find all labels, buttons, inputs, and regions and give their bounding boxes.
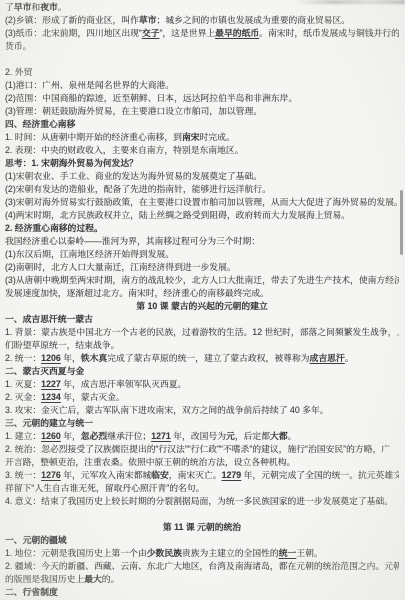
doc-line: 们盼望草原统一，结束战争。: [5, 339, 399, 352]
text-segment: 我国经济重心以秦岭——淮河为界，其南移过程可分为三个时期：: [5, 236, 260, 246]
text-segment: 们盼望草原统一，结束战争。: [5, 340, 119, 350]
doc-line: 开言路，整顿吏治，注重农桑。依照中原王朝的统治方法，设立各种机构。: [5, 456, 399, 469]
text-segment: 发展速度加快，逐渐超过北方。南宋时，经济重心的南移最终完成。: [5, 288, 269, 298]
document-body: 了早市和夜市。(2)乡镇：形成了新的商业区，叫作草市；城乡之间的市镇也发展成为重…: [5, 1, 399, 599]
doc-line: 一、成吉思汗统一蒙古: [5, 313, 399, 326]
text-segment: (1)宋朝农业、手工业、商业的发达为海外贸易的发展奠定了基础。: [5, 171, 262, 181]
text-segment: 大都: [270, 431, 288, 441]
doc-line: 一、元朝的疆域: [5, 534, 399, 547]
text-segment: (2)南朝时，北方人口大量南迁，江南经济得到进一步发展。: [5, 262, 236, 272]
text-segment: 元: [226, 431, 235, 441]
text-segment: 草市: [139, 15, 157, 25]
text-segment: 年，元军攻入南宋都城: [61, 470, 151, 480]
text-segment: 1. 背景：蒙古族是中国北方一个古老的民族，过着游牧的生活。12 世纪时，部落之…: [5, 327, 399, 337]
text-segment: 的版图是我国历史上: [5, 574, 84, 584]
text-segment: 开言路，整顿吏治，注重农桑。依照中原王朝的统治方法，设立各种机构。: [5, 457, 295, 467]
doc-line: (3)从唐朝中晚期至两宋时期，南方的战乱较少，北方人口大批南迁，带去了先进生产技…: [5, 274, 399, 287]
doc-line: 二、蒙古灭西夏与金: [5, 365, 399, 378]
text-segment: 年，蒙古灭金。: [61, 392, 125, 402]
doc-line: 二、行省制度: [5, 586, 399, 599]
text-segment: 和: [31, 2, 40, 12]
document-page: 了早市和夜市。(2)乡镇：形成了新的商业区，叫作草市；城乡之间的市镇也发展成为重…: [0, 0, 405, 600]
text-segment: 1. 地位：元朝是我国历史上第一个由: [5, 548, 147, 558]
doc-line: 思考：1. 宋朝海外贸易为何发达？: [5, 157, 399, 170]
text-segment: 祥留下“人生自古谁无死，留取丹心照汗青”的名句。: [5, 483, 204, 493]
text-segment: ，南宋灭亡。: [169, 470, 222, 480]
text-segment: 2. 经济重心南移的过程。: [5, 223, 103, 233]
doc-line: 四、经济重心南移: [5, 118, 399, 131]
text-segment: 三、元朝的建立与统一: [5, 418, 93, 428]
text-segment: 1260: [41, 431, 61, 441]
text-segment: 年，成吉思汗率领军队灭西夏。: [61, 379, 187, 389]
doc-line: 我国经济重心以秦岭——淮河为界，其南移过程可分为三个时期：: [5, 235, 399, 248]
doc-line: (3)纸币：北宋前期，四川地区出现“交子”，这是世界上最早的纸币。南宋时，纸币发…: [5, 27, 399, 40]
text-segment: 早市: [14, 2, 32, 12]
scrollbar-thumb[interactable]: [400, 190, 403, 255]
text-segment: 临安: [151, 470, 169, 480]
text-segment: 成吉思汗: [310, 353, 345, 363]
text-segment: 二、蒙古灭西夏与金: [5, 366, 84, 376]
doc-line: 货币。: [5, 40, 399, 53]
text-segment: 夜市: [40, 2, 58, 12]
text-segment: (2)宋朝有发达的造船业，配备了先进的指南针，能够进行远洋航行。: [5, 184, 271, 194]
text-segment: ；城乡之间的市镇也发展成为重要的商业贸易区。: [157, 15, 351, 25]
doc-line: 4. 意义：结束了我国历史上较长时期的分裂割据局面，为统一多民族国家的进一步发展…: [5, 495, 399, 508]
text-segment: 4. 意义：结束了我国历史上较长时期的分裂割据局面，为统一多民族国家的进一步发展…: [5, 496, 393, 506]
text-segment: 。: [345, 353, 354, 363]
doc-line: 2. 经济重心南移的过程。: [5, 222, 399, 235]
text-segment: 南宋: [182, 132, 200, 142]
doc-line: (1)宋朝农业、手工业、商业的发达为海外贸易的发展奠定了基础。: [5, 170, 399, 183]
text-segment: 2. 统一：: [5, 353, 41, 363]
text-segment: (3)纸币：北宋前期，四川地区出现“: [5, 28, 142, 38]
text-segment: 时完成。: [200, 132, 235, 142]
text-segment: 年，: [61, 353, 81, 363]
text-segment: 思考：1. 宋朝海外贸易为何发达？: [5, 158, 138, 168]
text-segment: 年，改国号为: [171, 431, 226, 441]
doc-line: 发展速度加快，逐渐超过北方。南宋时，经济重心的南移最终完成。: [5, 287, 399, 300]
doc-line: 三、元朝的建立与统一: [5, 417, 399, 430]
text-segment: 年，元朝完成了全国的统一。抗元英雄文天: [241, 470, 399, 480]
doc-line: 1. 地位：元朝是我国历史上第一个由少数民族贵族为主建立的全国性的统一王朝。: [5, 547, 399, 560]
doc-line: (1)东汉后期，江南地区经济开始得到发展。: [5, 248, 399, 261]
text-segment: 继承汗位；: [107, 431, 151, 441]
doc-line: 第 10 课 蒙古的兴起的元朝的建立: [5, 300, 399, 313]
text-segment: 。南宋时，纸币发展成与铜钱并行的: [259, 28, 399, 38]
text-segment: 1206: [41, 353, 61, 363]
text-segment: 1271: [151, 431, 171, 441]
text-segment: 2. 灭金：: [5, 392, 41, 402]
doc-line: 1. 背景：蒙古族是中国北方一个古老的民族，过着游牧的生活。12 世纪时，部落之…: [5, 326, 399, 339]
text-segment: 1. 建立：: [5, 431, 41, 441]
text-segment: 最大: [84, 574, 102, 584]
text-segment: 了: [5, 2, 14, 12]
text-segment: 年，: [61, 431, 81, 441]
text-segment: 完成了蒙古草原的统一，建立了蒙古政权，被尊称为: [107, 353, 309, 363]
doc-line: 祥留下“人生自古谁无死，留取丹心照汗青”的名句。: [5, 482, 399, 495]
doc-line: 1. 时间：从唐朝中期开始的经济重心南移，到南宋时完成。: [5, 131, 399, 144]
text-segment: 货币。: [5, 41, 31, 51]
text-segment: 1. 时间：从唐朝中期开始的经济重心南移，到: [5, 132, 182, 142]
text-segment: 1. 灭夏：: [5, 379, 41, 389]
text-segment: (3)管理：朝廷鼓励海外贸易，在主要港口设立市舶司，加以管理。: [5, 106, 262, 116]
text-segment: 2. 统治：忽必烈接受了汉族儒臣提出的“行汉法”“行仁政”“不嗜杀”的建议，施行…: [5, 444, 390, 454]
text-segment: 交子: [142, 28, 160, 38]
doc-line: 2. 疆域：今天的新疆、西藏、云南、东北广大地区，台湾及南海诸岛，都在元朝的统治…: [5, 560, 399, 573]
doc-line: 2. 统治：忽必烈接受了汉族儒臣提出的“行汉法”“行仁政”“不嗜杀”的建议，施行…: [5, 443, 399, 456]
doc-line: (2)乡镇：形成了新的商业区，叫作草市；城乡之间的市镇也发展成为重要的商业贸易区…: [5, 14, 399, 27]
doc-line: 2. 灭金：1234 年，蒙古灭金。: [5, 391, 399, 404]
text-segment: 王朝。: [296, 548, 322, 558]
text-segment: 贵族为主建立的全国性的: [182, 548, 279, 558]
text-segment: 1276: [41, 470, 61, 480]
doc-line: (3)宋朝对海外贸易实行鼓励政策，在主要港口设置市舶司加以管理，从而大大促进了海…: [5, 196, 399, 209]
text-segment: 1279: [222, 470, 242, 480]
text-segment: 。: [58, 2, 67, 12]
text-segment: 铁木真: [81, 353, 107, 363]
doc-line: 2. 统一：1206 年，铁木真完成了蒙古草原的统一，建立了蒙古政权，被尊称为成…: [5, 352, 399, 365]
doc-line: (2)南朝时，北方人口大量南迁，江南经济得到进一步发展。: [5, 261, 399, 274]
text-segment: 第 10 课 蒙古的兴起的元朝的建立: [136, 301, 267, 311]
text-segment: 3. 攻宋：金灭亡后，蒙古军队南下进攻南宋，双方之间的战争前后持续了 40 多年…: [5, 405, 329, 415]
text-segment: 一、元朝的疆域: [5, 535, 67, 545]
text-segment: 最早的纸币: [215, 28, 259, 38]
text-segment: 2. 表现：中央的财政收入，主要来自南方，特别是东南地区。: [5, 145, 244, 155]
doc-line: 3. 统一：1276 年，元军攻入南宋都城临安，南宋灭亡。1279 年，元朝完成…: [5, 469, 399, 482]
text-segment: 一、成吉思汗统一蒙古: [5, 314, 93, 324]
doc-line: 第 11 课 元朝的统治: [5, 521, 399, 534]
text-segment: 2. 疆域：今天的新疆、西藏、云南、东北广大地区，台湾及南海诸岛，都在元朝的统治…: [5, 561, 399, 571]
doc-line: 了早市和夜市。: [5, 1, 399, 14]
text-segment: (3)宋朝对海外贸易实行鼓励政策，在主要港口设置市舶司加以管理，从而大大促进了海…: [5, 197, 399, 207]
doc-line: (1)港口：广州、泉州是闻名世界的大商港。: [5, 79, 399, 92]
text-segment: 少数民族: [147, 548, 182, 558]
text-segment: 1234: [41, 392, 61, 402]
doc-line: 2. 表现：中央的财政收入，主要来自南方，特别是东南地区。: [5, 144, 399, 157]
doc-line: (2)范围：中国商船的踪迹，近至朝鲜、日本，远达阿拉伯半岛和非洲东岸。: [5, 92, 399, 105]
text-segment: 二、行省制度: [5, 587, 58, 597]
doc-line: (2)宋朝有发达的造船业，配备了先进的指南针，能够进行远洋航行。: [5, 183, 399, 196]
text-segment: 的。: [102, 574, 120, 584]
text-segment: 3. 统一：: [5, 470, 41, 480]
text-segment: 第 11 课 元朝的统治: [163, 522, 241, 532]
text-segment: 四、经济重心南移: [5, 119, 75, 129]
doc-line: (4)两宋时期，北方民族政权并立，陆上丝绸之路受到阻碍，政府转而大力发展海上贸易…: [5, 209, 399, 222]
text-segment: (1)港口：广州、泉州是闻名世界的大商港。: [5, 80, 174, 90]
text-segment: 1227: [41, 379, 61, 389]
doc-line: 1. 建立：1260 年，忽必烈继承汗位；1271 年，改国号为元，后定都大都。: [5, 430, 399, 443]
text-segment: (4)两宋时期，北方民族政权并立，陆上丝绸之路受到阻碍，政府转而大力发展海上贸易…: [5, 210, 350, 220]
doc-line: 的版图是我国历史上最大的。: [5, 573, 399, 586]
text-segment: 忽必烈: [81, 431, 107, 441]
doc-line: 2. 外贸: [5, 66, 399, 79]
doc-line: (3)管理：朝廷鼓励海外贸易，在主要港口设立市舶司，加以管理。: [5, 105, 399, 118]
text-segment: (1)东汉后期，江南地区经济开始得到发展。: [5, 249, 174, 259]
text-segment: 2. 外贸: [5, 67, 32, 77]
text-segment: (2)乡镇：形成了新的商业区，叫作: [5, 15, 139, 25]
text-segment: (2)范围：中国商船的踪迹，近至朝鲜、日本，远达阿拉伯半岛和非洲东岸。: [5, 93, 297, 103]
doc-line: 3. 攻宋：金灭亡后，蒙古军队南下进攻南宋，双方之间的战争前后持续了 40 多年…: [5, 404, 399, 417]
text-segment: ，后定都: [235, 431, 270, 441]
text-segment: 统一: [279, 548, 297, 558]
text-segment: (3)从唐朝中晚期至两宋时期，南方的战乱较少，北方人口大批南迁，带去了先进生产技…: [5, 275, 399, 285]
text-segment: ”，这是世界上: [159, 28, 215, 38]
doc-line: 1. 灭夏：1227 年，成吉思汗率领军队灭西夏。: [5, 378, 399, 391]
text-segment: 。: [288, 431, 297, 441]
